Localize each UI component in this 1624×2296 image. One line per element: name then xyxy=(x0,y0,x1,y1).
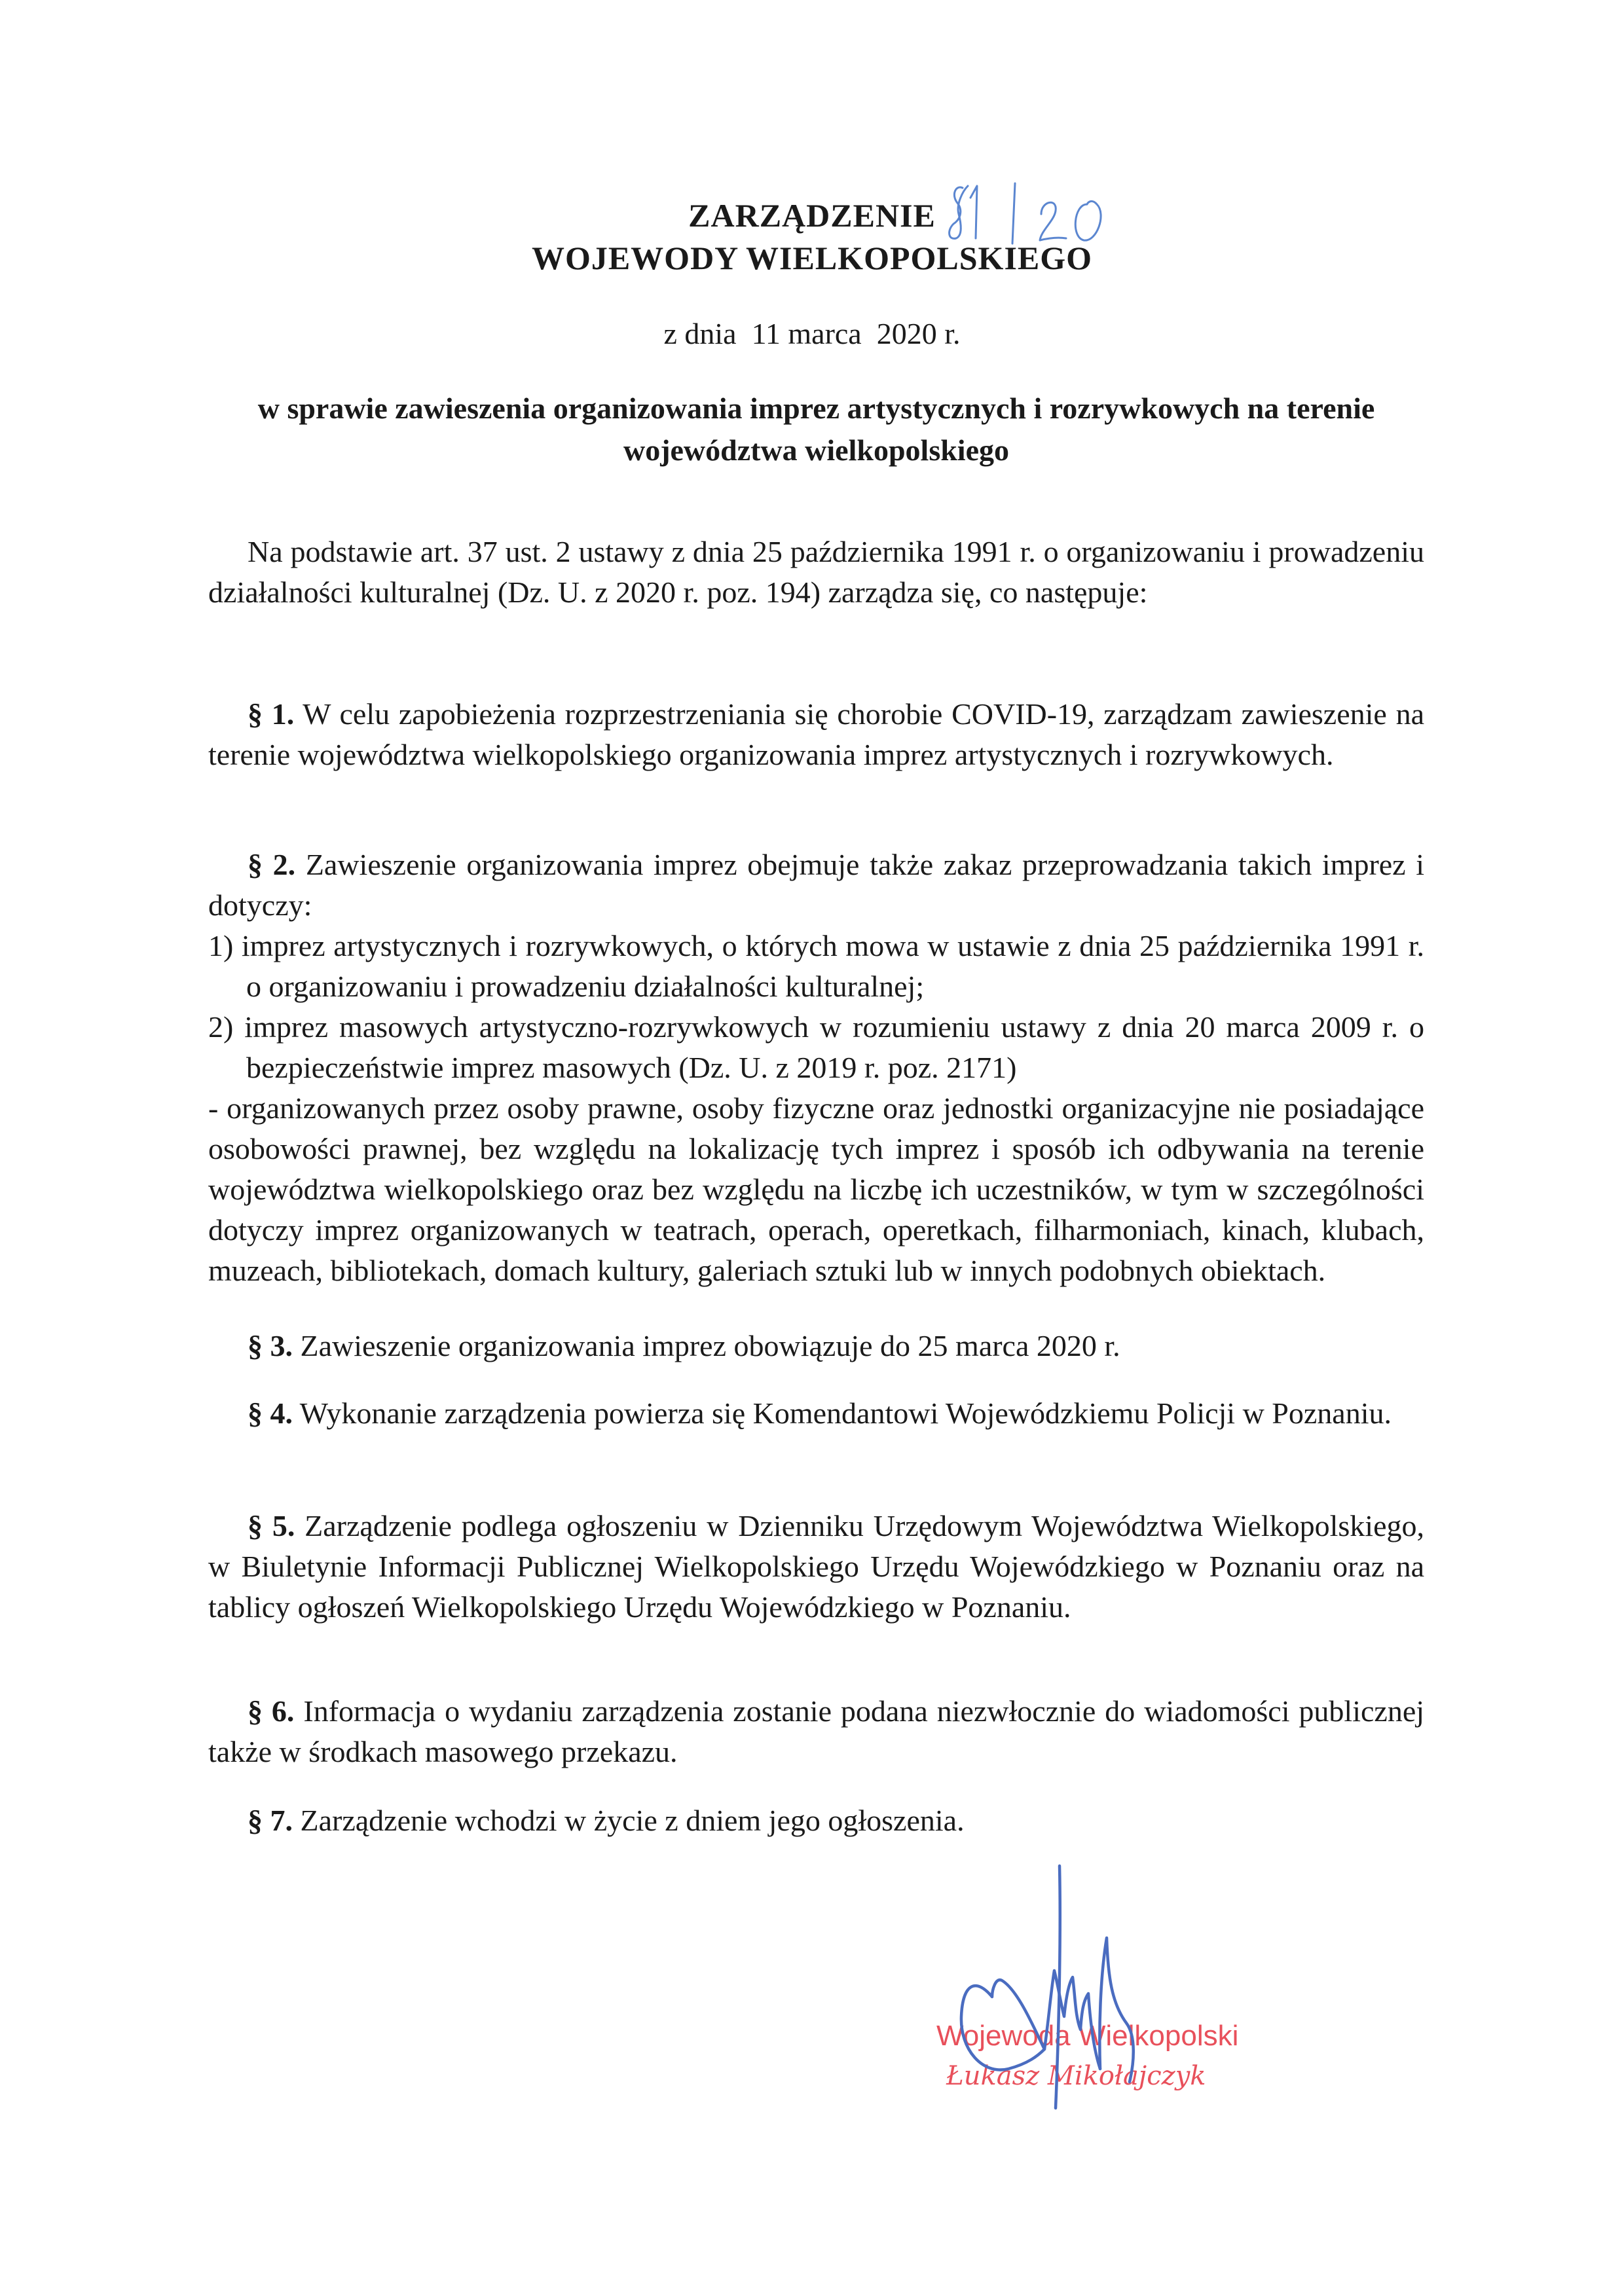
subject-text: w sprawie zawieszenia organizowania impr… xyxy=(258,392,1375,467)
paragraph-text: W celu zapobieżenia rozprzestrzeniania s… xyxy=(208,697,1424,771)
paragraph-number: § 2. xyxy=(248,848,295,881)
document-page: ZARZĄDZENIE WOJEWODY WIELKOPOLSKIEGO z d… xyxy=(0,0,1624,2296)
paragraph-4: § 4. Wykonanie zarządzenia powierza się … xyxy=(208,1393,1424,1434)
date-text: z dnia 11 marca 2020 r. xyxy=(663,317,960,350)
paragraph-1: § 1. W celu zapobieżenia rozprzestrzenia… xyxy=(208,694,1424,775)
paragraph-5: § 5. Zarządzenie podlega ogłoszeniu w Dz… xyxy=(208,1506,1424,1628)
paragraph-2-intro: § 2. Zawieszenie organizowania imprez ob… xyxy=(208,845,1424,926)
paragraph-text: Zawieszenie organizowania imprez obowiąz… xyxy=(301,1329,1120,1362)
paragraph-number: § 7. xyxy=(248,1804,293,1837)
document-title: ZARZĄDZENIE xyxy=(0,196,1624,234)
paragraph-7: § 7. Zarządzenie wchodzi w życie z dniem… xyxy=(208,1800,1424,1841)
preamble-text: Na podstawie art. 37 ust. 2 ustawy z dni… xyxy=(208,535,1424,609)
paragraph-number: § 5. xyxy=(248,1509,295,1542)
document-issuer: WOJEWODY WIELKOPOLSKIEGO xyxy=(0,239,1624,277)
document-date: z dnia 11 marca 2020 r. xyxy=(0,316,1624,351)
paragraph-number: § 4. xyxy=(248,1396,293,1430)
paragraph-6: § 6. Informacja o wydaniu zarządzenia zo… xyxy=(208,1691,1424,1772)
paragraph-text: Wykonanie zarządzenia powierza się Komen… xyxy=(300,1396,1392,1430)
issuer-text: WOJEWODY WIELKOPOLSKIEGO xyxy=(532,240,1092,276)
paragraph-text: Zarządzenie wchodzi w życie z dniem jego… xyxy=(301,1804,965,1837)
stamp-name: Łukasz Mikołajczyk xyxy=(946,2061,1206,2091)
paragraph-3: § 3. Zawieszenie organizowania imprez ob… xyxy=(208,1326,1424,1366)
paragraph-2: § 2. Zawieszenie organizowania imprez ob… xyxy=(208,845,1424,1291)
paragraph-number: § 3. xyxy=(248,1329,293,1362)
list-item: 2) imprez masowych artystyczno-rozrywkow… xyxy=(208,1007,1424,1088)
document-subject: w sprawie zawieszenia organizowania impr… xyxy=(208,388,1424,471)
paragraph-number: § 6. xyxy=(248,1694,294,1728)
paragraph-2-tail: - organizowanych przez osoby prawne, oso… xyxy=(208,1088,1424,1291)
paragraph-number: § 1. xyxy=(248,697,294,731)
paragraph-text: Zawieszenie organizowania imprez obejmuj… xyxy=(208,848,1424,922)
preamble: Na podstawie art. 37 ust. 2 ustawy z dni… xyxy=(208,532,1424,613)
title-text: ZARZĄDZENIE xyxy=(688,197,936,234)
paragraph-text: Zarządzenie podlega ogłoszeniu w Dzienni… xyxy=(208,1509,1424,1624)
paragraph-text: Informacja o wydaniu zarządzenia zostani… xyxy=(208,1694,1424,1768)
list-item: 1) imprez artystycznych i rozrywkowych, … xyxy=(208,926,1424,1007)
stamp-title: Wojewoda Wielkopolski xyxy=(936,2020,1238,2052)
